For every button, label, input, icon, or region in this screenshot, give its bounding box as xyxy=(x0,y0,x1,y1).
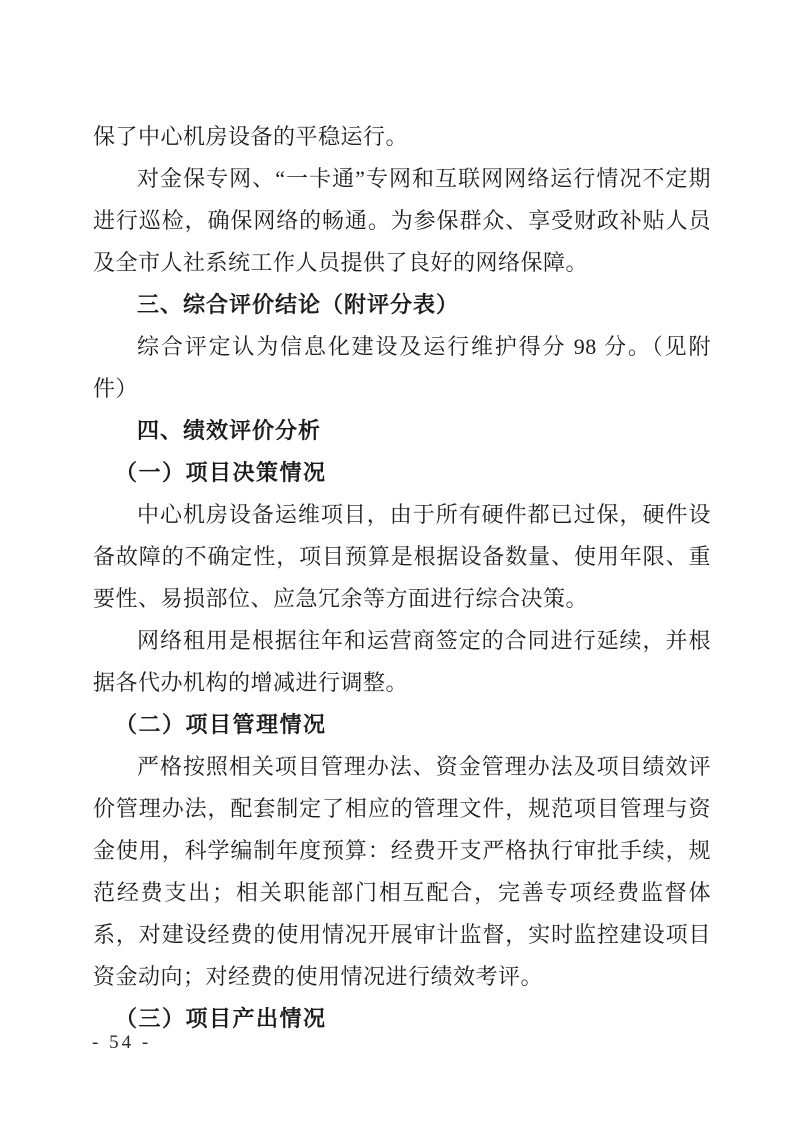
section-heading-comprehensive-evaluation: 三、综合评价结论（附评分表） xyxy=(93,284,711,326)
subsection-heading-project-decision: （一）项目决策情况 xyxy=(93,452,711,494)
paragraph-network-inspection: 对金保专网、“一卡通”专网和互联网网络运行情况不定期进行巡检，确保网络的畅通。为… xyxy=(93,158,711,284)
paragraph-evaluation-score: 综合评定认为信息化建设及运行维护得分 98 分。（见附件） xyxy=(93,326,711,410)
paragraph-network-rental-contract: 网络租用是根据往年和运营商签定的合同进行延续，并根据各代办机构的增减进行调整。 xyxy=(93,620,711,704)
paragraph-management-measures: 严格按照相关项目管理办法、资金管理办法及项目绩效评价管理办法，配套制定了相应的管… xyxy=(93,746,711,998)
subsection-heading-project-management: （二）项目管理情况 xyxy=(93,704,711,746)
page-number: - 54 - xyxy=(92,1032,151,1054)
document-body: 保了中心机房设备的平稳运行。 对金保专网、“一卡通”专网和互联网网络运行情况不定… xyxy=(93,116,711,1040)
paragraph-equipment-maintenance-budget: 中心机房设备运维项目，由于所有硬件都已过保，硬件设备故障的不确定性，项目预算是根… xyxy=(93,494,711,620)
section-heading-performance-analysis: 四、绩效评价分析 xyxy=(93,410,711,452)
subsection-heading-project-output: （三）项目产出情况 xyxy=(93,998,711,1040)
paragraph-network-uptime-continuation: 保了中心机房设备的平稳运行。 xyxy=(93,116,711,158)
document-page: 保了中心机房设备的平稳运行。 对金保专网、“一卡通”专网和互联网网络运行情况不定… xyxy=(0,0,793,1122)
